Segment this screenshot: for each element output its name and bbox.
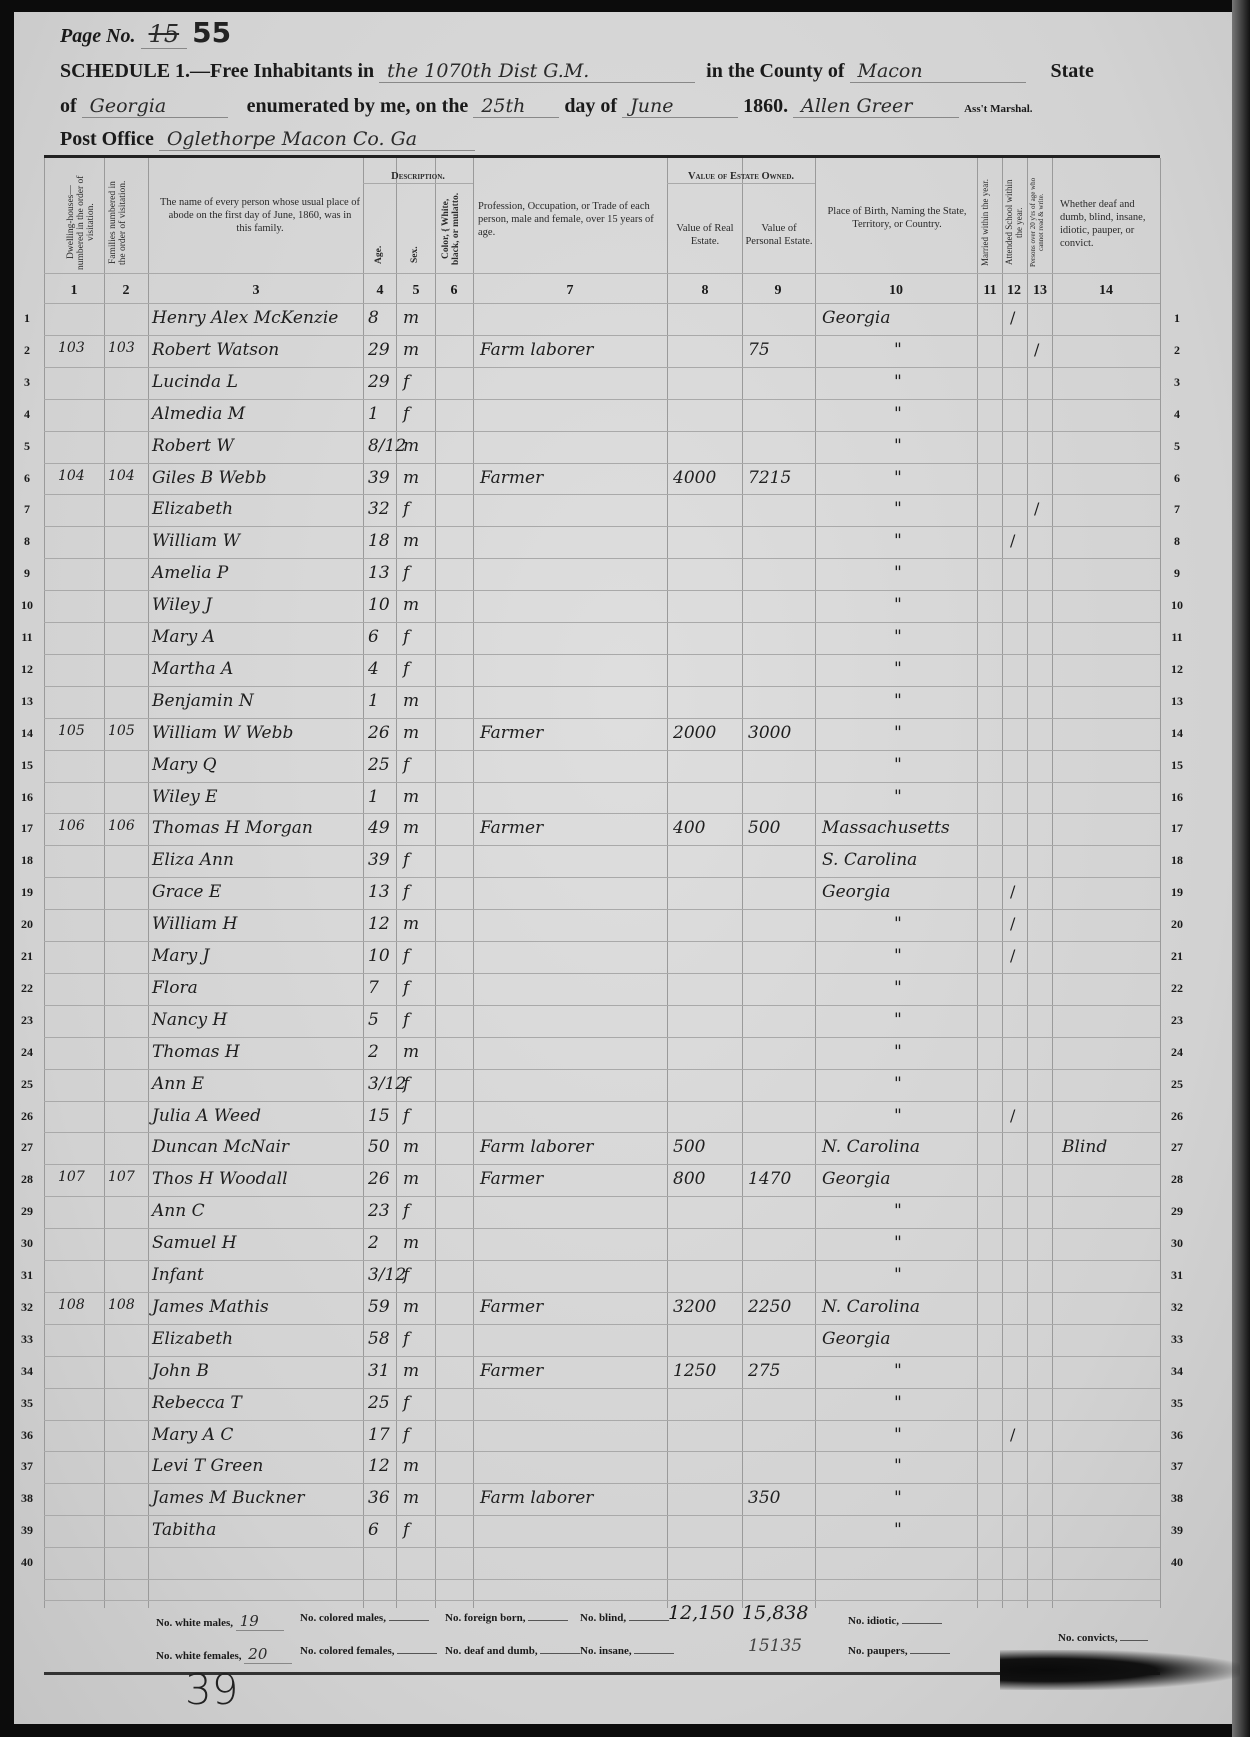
row-number: 17 [1166,821,1188,836]
row-sex: f [403,627,409,647]
row-rule [44,941,1160,942]
row-number: 28 [1166,1172,1188,1187]
row-rule [44,1260,1160,1261]
row-number: 14 [1166,726,1188,741]
post-office-line: Post Office Oglethorpe Macon Co. Ga [60,128,475,151]
day-value: 25th [473,95,559,118]
row-school-mark: / [1010,1106,1015,1125]
row-school-mark: / [1010,882,1015,901]
row-person-name: Mary J [152,946,210,966]
row-person-name: Martha A [152,659,233,679]
row-number: 37 [1166,1459,1188,1474]
row-birthplace: " [894,404,902,424]
row-personal-estate-value: 500 [748,818,780,838]
insane-label: No. insane, [580,1645,632,1657]
row-illiterate-mark: / [1034,499,1039,518]
row-rule [44,367,1160,368]
row-rule [44,1132,1160,1133]
row-age: 29 [368,372,390,392]
row-number: 34 [16,1364,38,1379]
row-occupation: Farmer [480,1361,543,1381]
row-occupation: Farmer [480,818,543,838]
row-sex: f [403,946,409,966]
row-age: 3/12 [368,1074,406,1094]
row-birthplace: " [894,372,902,392]
row-rule [44,654,1160,655]
row-occupation: Farmer [480,723,543,743]
row-rule [44,813,1160,814]
summary-deaf-dumb: No. deaf and dumb, [445,1645,580,1657]
row-birthplace: " [894,563,902,583]
row-sex: f [403,1393,409,1413]
row-rule [44,845,1160,846]
row-person-name: Wiley E [152,787,218,807]
row-person-name: Lucinda L [152,372,238,392]
white-males-value: 19 [236,1612,284,1631]
row-rule [44,686,1160,687]
summary-blind: No. blind, [580,1612,669,1624]
row-age: 10 [368,946,390,966]
state-label: State [1051,60,1094,82]
paupers-label: No. paupers, [848,1645,908,1657]
row-sex: m [403,787,419,807]
table-top-rule [44,155,1160,158]
row-number: 8 [1166,534,1188,549]
row-birthplace: Georgia [822,1329,890,1349]
district-value: the 1070th Dist G.M. [379,60,695,83]
row-number: 3 [16,375,38,390]
row-birthplace: N. Carolina [822,1297,920,1317]
col-number: 9 [763,283,793,299]
row-number: 11 [16,630,38,645]
row-person-name: Mary A C [152,1425,233,1445]
grid-line [44,273,1160,274]
summary-foreign-born: No. foreign born, [445,1612,568,1624]
row-age: 25 [368,755,390,775]
row-number: 34 [1166,1364,1188,1379]
col-header-family: Families numbered in the order of visita… [108,175,128,270]
row-personal-estate-value: 1470 [748,1169,791,1189]
personal-estate-total: 15,838 [742,1602,808,1624]
row-rule [44,782,1160,783]
summary-white-females: No. white females, 20 [156,1645,292,1664]
row-age: 12 [368,914,390,934]
schedule-label: SCHEDULE 1.—Free Inhabitants in [60,60,374,82]
row-rule [44,1037,1160,1038]
summary-colored-males: No. colored males, [300,1612,429,1624]
row-birthplace: Georgia [822,882,890,902]
row-personal-estate-value: 3000 [748,723,791,743]
row-age: 6 [368,627,379,647]
row-person-name: Flora [152,978,198,998]
row-sex: m [403,1137,419,1157]
summary-insane: No. insane, [580,1645,674,1657]
row-school-mark: / [1010,1425,1015,1444]
page-label: Page No. [60,25,136,47]
row-family-number: 103 [108,340,135,356]
row-number: 36 [1166,1428,1188,1443]
row-birthplace: " [894,1233,902,1253]
row-rule [44,973,1160,974]
row-number: 39 [16,1523,38,1538]
row-person-name: Thomas H Morgan [152,818,313,838]
row-person-name: Duncan McNair [152,1137,289,1157]
row-occupation: Farm laborer [480,1137,593,1157]
grid-line [104,158,105,1608]
row-number: 10 [16,598,38,613]
row-age: 13 [368,563,390,583]
enumerated-label: enumerated by me, on the [247,95,469,117]
row-person-name: Levi T Green [152,1456,263,1476]
row-person-name: Samuel H [152,1233,237,1253]
row-school-mark: / [1010,531,1015,550]
row-age: 4 [368,659,379,679]
row-person-name: Benjamin N [152,691,254,711]
row-number: 31 [16,1268,38,1283]
row-illiterate-mark: / [1034,340,1039,359]
col-number: 5 [401,283,431,299]
row-number: 31 [1166,1268,1188,1283]
row-number: 26 [1166,1109,1188,1124]
row-family-number: 108 [108,1297,135,1313]
row-disability: Blind [1062,1137,1107,1157]
row-number: 36 [16,1428,38,1443]
row-person-name: Thomas H [152,1042,240,1062]
county-label: in the County of [706,60,844,82]
row-school-mark: / [1010,946,1015,965]
row-age: 26 [368,723,390,743]
row-number: 21 [1166,949,1188,964]
row-sex: f [403,1074,409,1094]
row-number: 32 [1166,1300,1188,1315]
white-females-value: 20 [244,1645,292,1664]
col-number: 3 [241,283,271,299]
page-number-struck: 15 [141,20,188,49]
row-sex: f [403,563,409,583]
row-age: 7 [368,978,379,998]
row-number: 38 [16,1491,38,1506]
row-sex: m [403,1456,419,1476]
grid-line [667,158,668,1608]
grid-line [44,303,1160,304]
row-age: 8 [368,308,379,328]
row-sex: f [403,499,409,519]
row-number: 27 [1166,1140,1188,1155]
row-number: 25 [1166,1077,1188,1092]
marshal-label: Ass't Marshal. [964,103,1032,115]
row-real-estate-value: 500 [673,1137,705,1157]
row-rule [44,1101,1160,1102]
row-age: 10 [368,595,390,615]
row-occupation: Farm laborer [480,340,593,360]
row-birthplace: " [894,1393,902,1413]
row-sex: f [403,1010,409,1030]
row-rule [44,558,1160,559]
row-sex: f [403,372,409,392]
row-number: 14 [16,726,38,741]
summary-paupers: No. paupers, [848,1645,950,1657]
row-number: 7 [1166,502,1188,517]
row-number: 6 [16,471,38,486]
row-person-name: Giles B Webb [152,468,266,488]
month-value: June [622,95,738,118]
summary-colored-females: No. colored females, [300,1645,437,1657]
col-header-dwelling: Dwelling-houses—numbered in the order of… [66,175,96,270]
row-birthplace: Georgia [822,308,890,328]
row-sex: f [403,404,409,424]
row-occupation: Farm laborer [480,1488,593,1508]
row-birthplace: " [894,1361,902,1381]
row-sex: m [403,1042,419,1062]
page-number: 55 [192,16,231,49]
row-number: 10 [1166,598,1188,613]
row-number: 9 [1166,566,1188,581]
row-person-name: James M Buckner [152,1488,304,1508]
row-rule [44,750,1160,751]
row-birthplace: Georgia [822,1169,890,1189]
row-sex: m [403,691,419,711]
grid-line [1027,158,1028,1608]
row-number: 24 [1166,1045,1188,1060]
row-sex: m [403,1361,419,1381]
col-header-illiterate: Persons over 20 y'rs of age who cannot r… [1029,175,1045,270]
row-number: 37 [16,1459,38,1474]
grid-line [363,158,364,1608]
grid-line [815,158,816,1608]
row-number: 8 [16,534,38,549]
row-sex: m [403,1169,419,1189]
ink-blot [1000,1650,1240,1690]
row-rule [44,1196,1160,1197]
col-header-real-estate: Value of Real Estate. [670,222,740,248]
grid-line [44,158,45,1608]
row-sex: f [403,1425,409,1445]
col-number: 7 [555,283,585,299]
row-dwelling-number: 105 [58,723,85,739]
row-number: 35 [16,1396,38,1411]
row-birthplace: " [894,1520,902,1540]
white-males-label: No. white males, [156,1617,233,1629]
row-sex: f [403,1201,409,1221]
grid-line [396,158,397,1608]
row-rule [44,526,1160,527]
row-number: 12 [16,662,38,677]
row-sex: m [403,531,419,551]
row-dwelling-number: 103 [58,340,85,356]
row-rule [44,1292,1160,1293]
row-number: 18 [1166,853,1188,868]
row-number: 3 [1166,375,1188,390]
row-age: 1 [368,404,379,424]
row-sex: m [403,1233,419,1253]
row-number: 35 [1166,1396,1188,1411]
row-number: 38 [1166,1491,1188,1506]
row-dwelling-number: 106 [58,818,85,834]
col-number: 8 [690,283,720,299]
col-header-description: Description. [363,170,473,183]
row-birthplace: " [894,340,902,360]
row-sex: m [403,914,419,934]
row-rule [44,1515,1160,1516]
row-number: 11 [1166,630,1188,645]
row-number: 13 [1166,694,1188,709]
row-dwelling-number: 108 [58,1297,85,1313]
marshal-name: Allen Greer [793,95,959,118]
row-age: 29 [368,340,390,360]
row-person-name: Elizabeth [152,1329,233,1349]
row-person-name: Ann C [152,1201,205,1221]
row-number: 33 [1166,1332,1188,1347]
row-birthplace: " [894,723,902,743]
row-sex: f [403,1106,409,1126]
row-number: 7 [16,502,38,517]
row-school-mark: / [1010,308,1015,327]
row-person-name: William H [152,914,237,934]
row-birthplace: " [894,531,902,551]
row-rule [44,1005,1160,1006]
col-number: 10 [881,283,911,299]
col-header-name: The name of every person whose usual pla… [160,196,360,235]
row-birthplace: " [894,1265,902,1285]
row-number: 9 [16,566,38,581]
year-value: 1860. [743,95,788,117]
col-number: 14 [1091,283,1121,299]
row-age: 36 [368,1488,390,1508]
grid-line [1160,158,1161,1608]
row-person-name: William W Webb [152,723,293,743]
row-number: 32 [16,1300,38,1315]
row-sex: f [403,850,409,870]
row-personal-estate-value: 275 [748,1361,780,1381]
row-rule [44,1356,1160,1357]
row-number: 1 [16,311,38,326]
row-age: 39 [368,850,390,870]
row-birthplace: " [894,436,902,456]
col-number: 13 [1025,283,1055,299]
col-header-married: Married within the year. [980,175,990,270]
row-birthplace: S. Carolina [822,850,917,870]
row-birthplace: " [894,946,902,966]
col-header-personal-estate: Value of Personal Estate. [745,222,813,248]
row-rule [44,1547,1160,1548]
county-value: Macon [850,60,1026,83]
row-number: 20 [1166,917,1188,932]
row-age: 58 [368,1329,390,1349]
row-number: 29 [16,1204,38,1219]
row-number: 13 [16,694,38,709]
schedule-line: SCHEDULE 1.—Free Inhabitants in the 1070… [60,60,1094,83]
row-personal-estate-value: 350 [748,1488,780,1508]
row-personal-estate-value: 2250 [748,1297,791,1317]
row-age: 23 [368,1201,390,1221]
row-rule [44,1228,1160,1229]
idiotic-label: No. idiotic, [848,1615,899,1627]
row-sex: f [403,659,409,679]
row-birthplace: " [894,627,902,647]
row-personal-estate-value: 7215 [748,468,791,488]
row-birthplace: " [894,914,902,934]
row-number: 1 [1166,311,1188,326]
row-sex: f [403,882,409,902]
row-number: 16 [16,790,38,805]
row-number: 19 [1166,885,1188,900]
col-header-school: Attended School within the year. [1004,175,1024,270]
row-rule [44,1483,1160,1484]
row-age: 2 [368,1042,379,1062]
row-age: 1 [368,691,379,711]
row-rule [44,494,1160,495]
row-person-name: Robert W [152,436,234,456]
row-real-estate-value: 2000 [673,723,716,743]
row-number: 15 [16,758,38,773]
row-number: 30 [16,1236,38,1251]
row-sex: m [403,595,419,615]
row-person-name: Elizabeth [152,499,233,519]
row-person-name: Julia A Weed [152,1106,261,1126]
row-family-number: 105 [108,723,135,739]
row-rule [44,1324,1160,1325]
row-sex: f [403,1329,409,1349]
row-age: 6 [368,1520,379,1540]
col-header-disability: Whether deaf and dumb, blind, insane, id… [1060,198,1155,250]
row-age: 5 [368,1010,379,1030]
row-age: 59 [368,1297,390,1317]
row-person-name: Rebecca T [152,1393,242,1413]
row-number: 4 [16,407,38,422]
post-office-value: Oglethorpe Macon Co. Ga [159,128,475,151]
row-number: 18 [16,853,38,868]
row-rule [44,909,1160,910]
row-person-name: Almedia M [152,404,245,424]
row-number: 39 [1166,1523,1188,1538]
row-number: 29 [1166,1204,1188,1219]
row-birthplace: " [894,1456,902,1476]
row-birthplace: " [894,755,902,775]
row-real-estate-value: 400 [673,818,705,838]
row-birthplace: " [894,1488,902,1508]
row-person-name: Mary Q [152,755,217,775]
summary-idiotic: No. idiotic, [848,1615,942,1627]
row-number: 20 [16,917,38,932]
row-rule [44,1069,1160,1070]
grid-line [742,158,743,1608]
row-age: 49 [368,818,390,838]
row-number: 30 [1166,1236,1188,1251]
state-value: Georgia [82,95,228,118]
row-rule [44,463,1160,464]
colored-females-label: No. colored females, [300,1645,395,1657]
col-number: 4 [365,283,395,299]
row-age: 3/12 [368,1265,406,1285]
row-age: 18 [368,531,390,551]
row-person-name: Mary A [152,627,215,647]
row-age: 25 [368,1393,390,1413]
row-age: 32 [368,499,390,519]
grid-line [363,183,473,184]
grid-line [977,158,978,1608]
row-birthplace: " [894,1042,902,1062]
row-rule [44,431,1160,432]
row-rule [44,1388,1160,1389]
row-birthplace: Massachusetts [822,818,950,838]
grid-line [148,158,149,1608]
grid-line [1002,158,1003,1608]
row-age: 31 [368,1361,390,1381]
row-age: 17 [368,1425,390,1445]
row-birthplace: " [894,691,902,711]
deaf-dumb-label: No. deaf and dumb, [445,1645,538,1657]
convicts-label: No. convicts, [1058,1632,1118,1644]
